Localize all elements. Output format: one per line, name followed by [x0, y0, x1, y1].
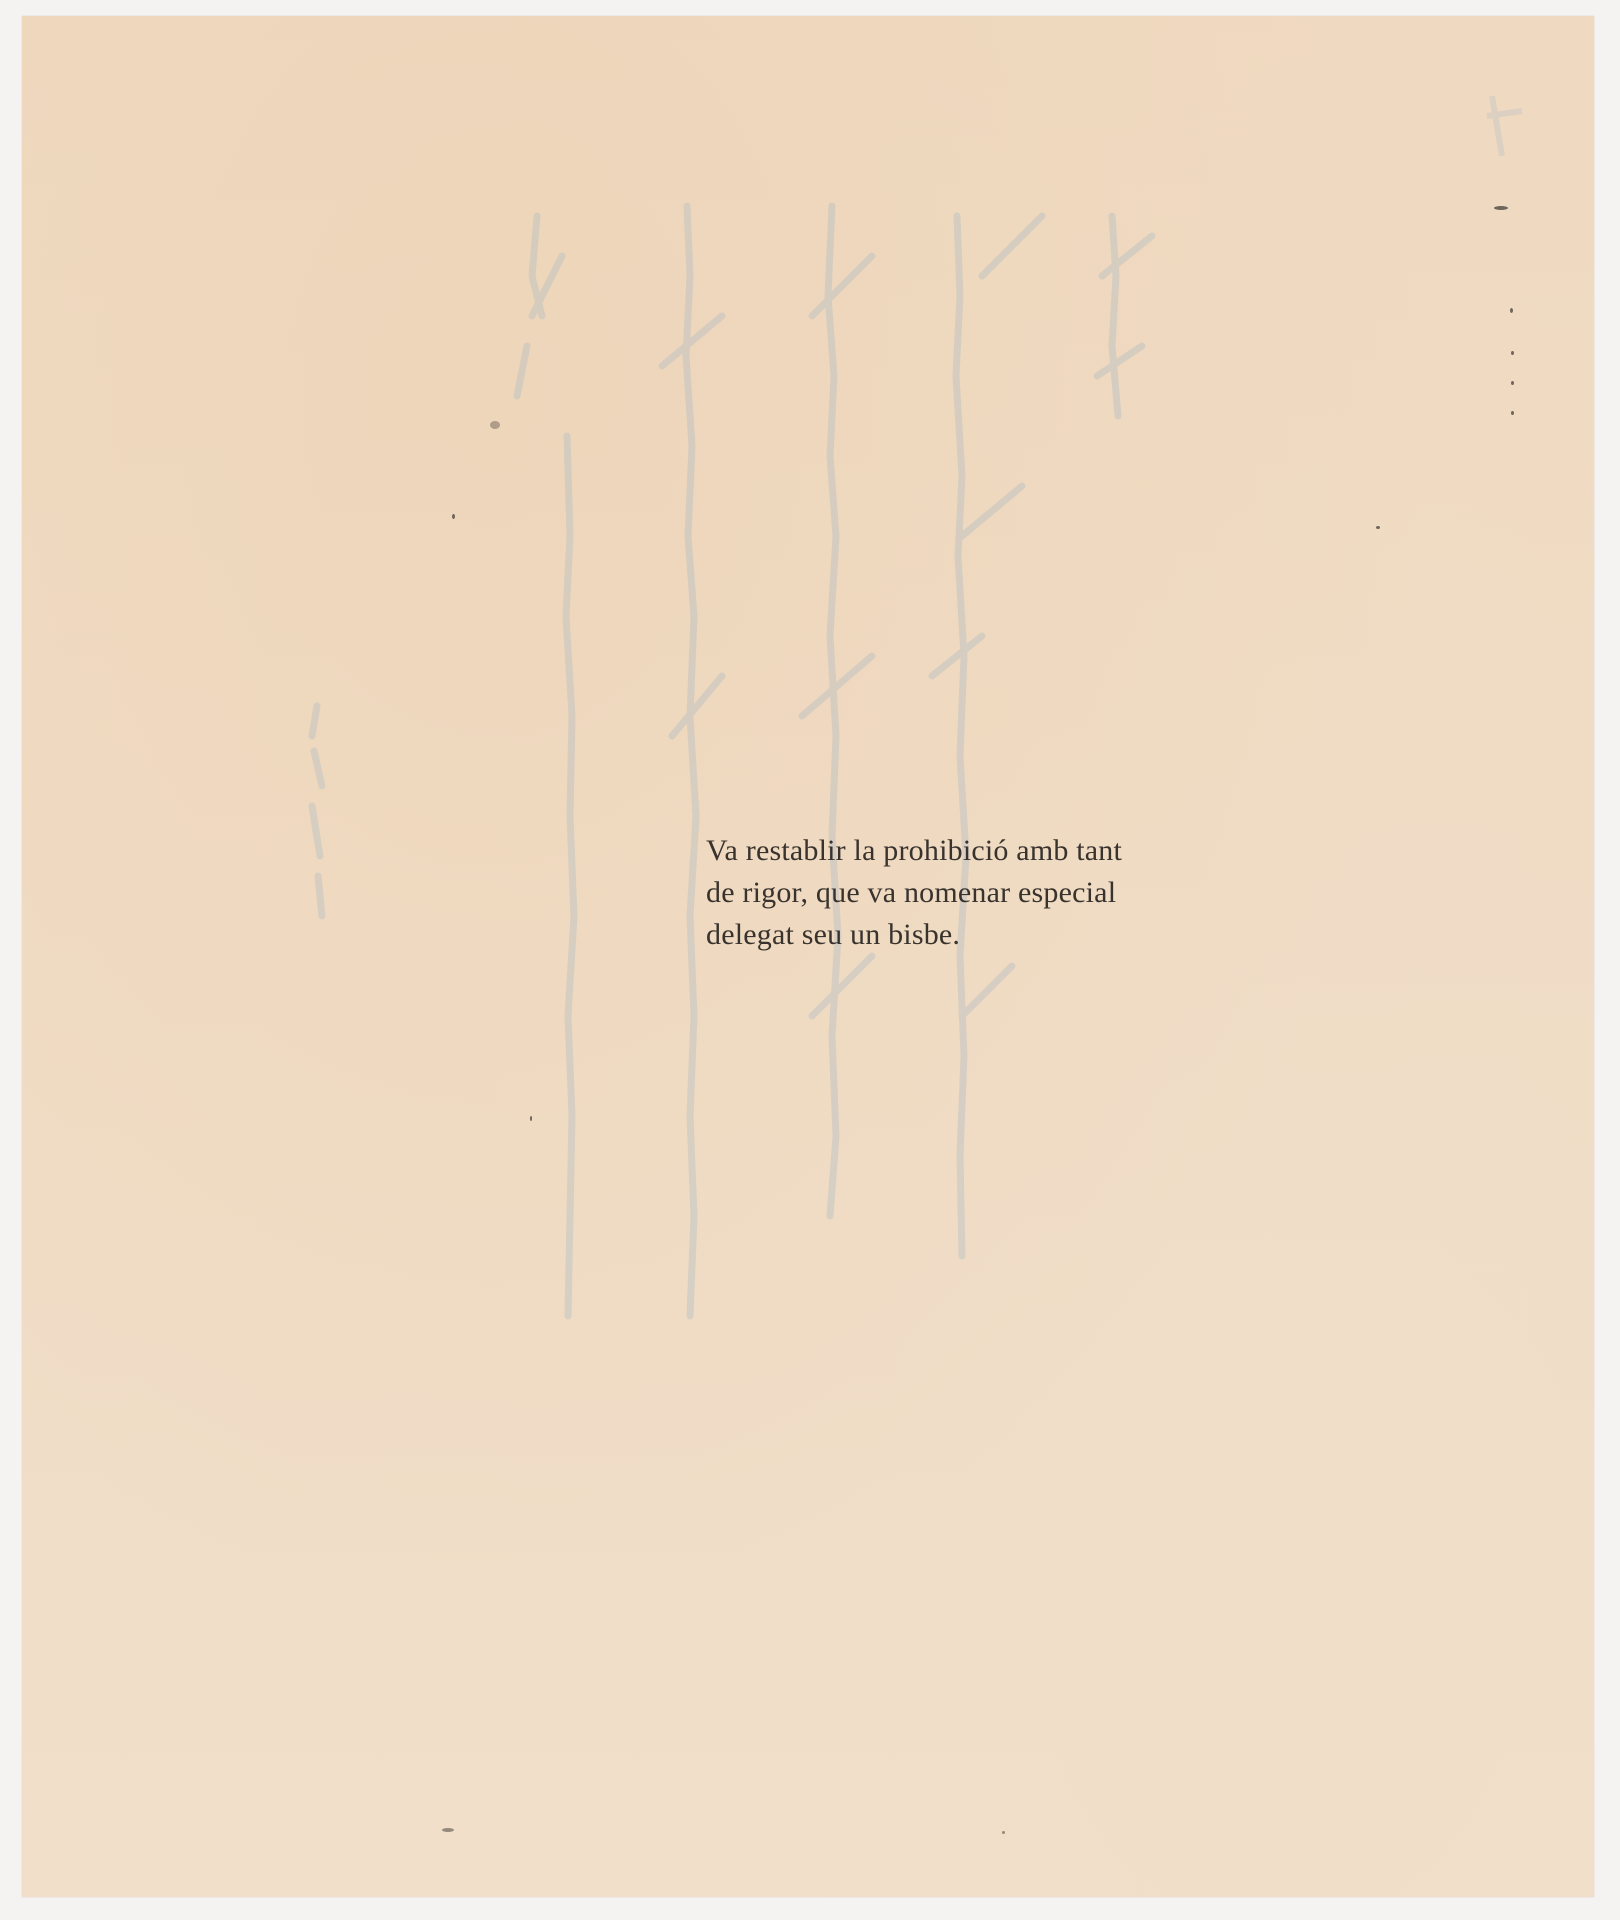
faint-handwriting-strokes	[22, 16, 1594, 1897]
ink-speck	[1376, 526, 1380, 529]
text-line-1: Va restablir la prohibició amb tant	[706, 830, 1266, 872]
ink-speck	[1511, 381, 1514, 385]
paper-sheet: Va restablir la prohibició amb tant de r…	[22, 16, 1594, 1897]
ink-speck	[530, 1116, 532, 1121]
ink-speck	[1002, 1831, 1005, 1834]
text-line-2: de rigor, que va nomenar especial	[706, 872, 1266, 914]
ink-speck	[1511, 351, 1514, 355]
ink-speck	[442, 1828, 454, 1832]
text-line-3: delegat seu un bisbe.	[706, 914, 1266, 956]
body-text-paragraph: Va restablir la prohibició amb tant de r…	[706, 830, 1266, 956]
ink-speck	[490, 421, 500, 429]
ink-speck	[1511, 411, 1514, 415]
ink-speck	[1494, 206, 1508, 210]
ink-speck	[1510, 308, 1513, 313]
ink-speck	[452, 514, 455, 519]
reverse-side-show-through	[22, 16, 1594, 1897]
